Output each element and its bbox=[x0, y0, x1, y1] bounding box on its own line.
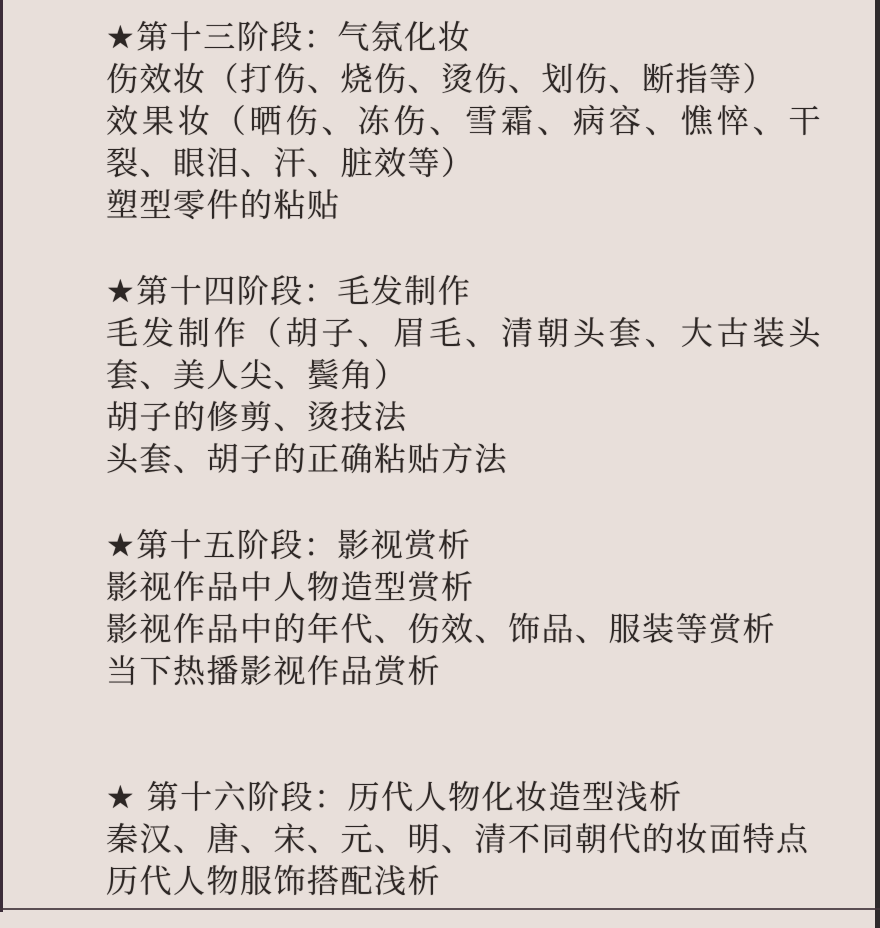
course-outline-page: ★第十三阶段：气氛化妆 伤效妆（打伤、烧伤、烫伤、划伤、断指等） 效果妆（晒伤、… bbox=[0, 0, 880, 928]
section-stage-15: ★第十五阶段：影视赏析 影视作品中人物造型赏析 影视作品中的年代、伤效、饰品、服… bbox=[106, 524, 822, 692]
bottom-edge-line bbox=[0, 908, 880, 910]
section-stage-13: ★第十三阶段：气氛化妆 伤效妆（打伤、烧伤、烫伤、划伤、断指等） 效果妆（晒伤、… bbox=[106, 16, 822, 226]
stage-13-line-3: 塑型零件的粘贴 bbox=[106, 184, 822, 226]
stage-15-title: ★第十五阶段：影视赏析 bbox=[106, 524, 822, 566]
stage-14-title: ★第十四阶段：毛发制作 bbox=[106, 270, 822, 312]
course-outline-content: ★第十三阶段：气氛化妆 伤效妆（打伤、烧伤、烫伤、划伤、断指等） 效果妆（晒伤、… bbox=[0, 0, 880, 902]
stage-13-line-2: 效果妆（晒伤、冻伤、雪霜、病容、憔悴、干裂、眼泪、汗、脏效等） bbox=[106, 100, 822, 184]
stage-14-line-2: 胡子的修剪、烫技法 bbox=[106, 396, 822, 438]
section-stage-16: ★ 第十六阶段：历代人物化妆造型浅析 秦汉、唐、宋、元、明、清不同朝代的妆面特点… bbox=[106, 776, 822, 902]
stage-15-line-2: 影视作品中的年代、伤效、饰品、服装等赏析 bbox=[106, 608, 822, 650]
stage-16-line-1: 秦汉、唐、宋、元、明、清不同朝代的妆面特点 bbox=[106, 818, 822, 860]
stage-15-line-3: 当下热播影视作品赏析 bbox=[106, 650, 822, 692]
stage-13-title: ★第十三阶段：气氛化妆 bbox=[106, 16, 822, 58]
stage-16-line-2: 历代人物服饰搭配浅析 bbox=[106, 860, 822, 902]
stage-14-line-3: 头套、胡子的正确粘贴方法 bbox=[106, 438, 822, 480]
stage-16-title: ★ 第十六阶段：历代人物化妆造型浅析 bbox=[106, 776, 822, 818]
stage-15-line-1: 影视作品中人物造型赏析 bbox=[106, 566, 822, 608]
stage-13-line-1: 伤效妆（打伤、烧伤、烫伤、划伤、断指等） bbox=[106, 58, 822, 100]
section-stage-14: ★第十四阶段：毛发制作 毛发制作（胡子、眉毛、清朝头套、大古装头套、美人尖、鬓角… bbox=[106, 270, 822, 480]
stage-14-line-1: 毛发制作（胡子、眉毛、清朝头套、大古装头套、美人尖、鬓角） bbox=[106, 312, 822, 396]
